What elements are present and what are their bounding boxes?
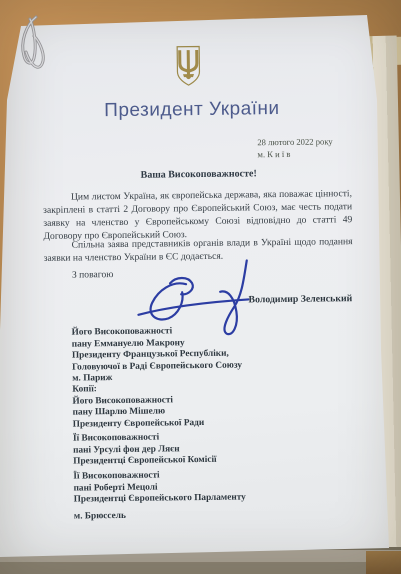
copy-line: Президентці Європейської Комісії (73, 455, 217, 468)
letter-date: 28 лютого 2022 року (257, 135, 332, 148)
letter-paper: Президент України 28 лютого 2022 року м.… (0, 0, 401, 574)
signer-name: Володимир Зеленський (240, 293, 352, 305)
copy-line: Президенту Європейської Ради (73, 418, 205, 431)
photo-background: Президент України 28 лютого 2022 року м.… (0, 0, 401, 574)
letterhead-title: Президент України (18, 97, 366, 123)
letter-content: Президент України 28 лютого 2022 року м.… (0, 0, 401, 574)
paperclip (16, 14, 52, 80)
copy-block-michel: Копії: Його Високоповажності пану Шарлю … (72, 383, 204, 431)
date-block: 28 лютого 2022 року м. К и ї в (257, 135, 333, 160)
addressee-block: Його Високоповажності пану Еммануелю Мак… (72, 325, 243, 385)
closing: З повагою (72, 269, 114, 281)
salutation: Ваша Високоповажносте! (43, 167, 355, 182)
copies-city: м. Брюссель (74, 511, 126, 522)
copy-block-metsola: Її Високоповажності пані Роберті Мецолі … (73, 469, 246, 506)
trident-emblem-icon (171, 45, 206, 87)
wood-patch (366, 551, 401, 574)
paragraph-application: Цим листом Україна, як європейська держа… (43, 187, 353, 243)
copy-block-vonderleyen: Її Високоповажності пані Урсулі фон дер … (73, 432, 217, 469)
letter-place: м. К и ї в (257, 147, 332, 160)
copy-line: Президентці Європейського Парламенту (74, 493, 246, 507)
